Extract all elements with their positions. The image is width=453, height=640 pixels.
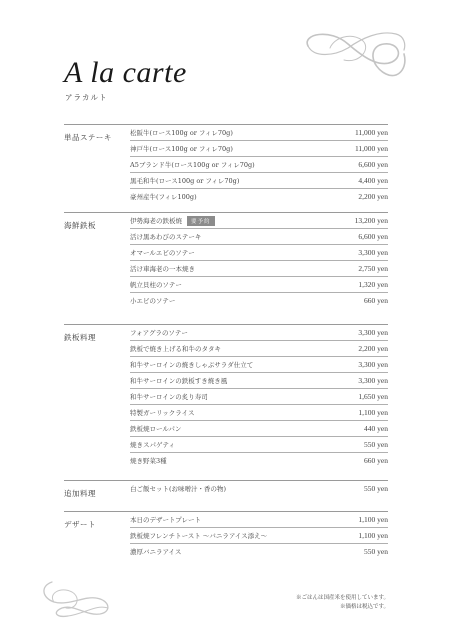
footnotes: ※ごはんは国産米を使用しています。 ※価格は税込です。 <box>296 594 389 612</box>
item-name: 和牛サーロインの焼きしゃぶサラダ仕立て <box>130 360 253 369</box>
page-title: A la carte <box>64 58 187 88</box>
menu-section-teppan: 鉄板料理 フォアグラのソテー3,300 yen 鉄板で焼き上げる和牛のタタキ2,… <box>64 324 388 468</box>
menu-item: フォアグラのソテー3,300 yen <box>130 325 388 341</box>
menu-item: 帆立貝柱のソテー1,320 yen <box>130 277 388 293</box>
menu-item: 本日のデザートプレート1,100 yen <box>130 512 388 528</box>
menu-item: 和牛サーロインの鉄板すき焼き風3,300 yen <box>130 373 388 389</box>
menu-section-steak: 単品ステーキ 松阪牛(ロース100g or フィレ70g)11,000 yen … <box>64 124 388 204</box>
item-name: 活け黒あわびのステーキ <box>130 232 201 241</box>
flourish-ornament-icon <box>300 24 410 84</box>
item-price: 11,000 yen <box>355 128 388 137</box>
menu-item: 濃厚バニラアイス550 yen <box>130 544 388 559</box>
flourish-ornament-icon <box>38 578 116 620</box>
item-name: 黒毛和牛(ロース100g or フィレ70g) <box>130 176 239 185</box>
menu-item: 小エビのソテー660 yen <box>130 293 388 308</box>
item-name: 和牛サーロインの炙り寿司 <box>130 392 208 401</box>
category-label: 海鮮鉄板 <box>64 213 130 308</box>
item-price: 2,750 yen <box>358 264 388 273</box>
menu-item: 活け黒あわびのステーキ6,600 yen <box>130 229 388 245</box>
item-name: 鉄板焼フレンチトースト ～バニラアイス添え～ <box>130 531 267 540</box>
item-name: 本日のデザートプレート <box>130 515 201 524</box>
menu-section-extra: 追加料理 白ご飯セット(お味噌汁・香の物)550 yen <box>64 480 388 499</box>
menu-item: 焼きスパゲティ550 yen <box>130 437 388 453</box>
menu-item: 活け車海老の一本焼き2,750 yen <box>130 261 388 277</box>
item-price: 550 yen <box>364 547 388 556</box>
item-name: オマールエビのソテー <box>130 248 195 257</box>
item-name: 神戸牛(ロース100g or フィレ70g) <box>130 144 233 153</box>
item-name: 松阪牛(ロース100g or フィレ70g) <box>130 128 233 137</box>
menu-item: オマールエビのソテー3,300 yen <box>130 245 388 261</box>
item-name: 焼き野菜3種 <box>130 456 167 465</box>
item-price: 4,400 yen <box>358 176 388 185</box>
category-label: 追加料理 <box>64 481 130 499</box>
item-name: 活け車海老の一本焼き <box>130 264 195 273</box>
item-name: 小エビのソテー <box>130 296 175 305</box>
item-price: 6,600 yen <box>358 160 388 169</box>
menu-item: 和牛サーロインの炙り寿司1,650 yen <box>130 389 388 405</box>
menu-item: A5ブランド牛(ロース100g or フィレ70g)6,600 yen <box>130 157 388 173</box>
item-price: 11,000 yen <box>355 144 388 153</box>
item-price: 660 yen <box>364 456 388 465</box>
page-subtitle: アラカルト <box>65 92 108 103</box>
menu-item: 鉄板焼ロールパン440 yen <box>130 421 388 437</box>
item-name: 濃厚バニラアイス <box>130 547 181 556</box>
menu-item: 伊勢海老の鉄板焼要予約13,200 yen <box>130 213 388 229</box>
item-price: 2,200 yen <box>358 192 388 201</box>
item-price: 3,300 yen <box>358 248 388 257</box>
item-price: 2,200 yen <box>358 344 388 353</box>
category-label: デザート <box>64 512 130 559</box>
item-name: 白ご飯セット(お味噌汁・香の物) <box>130 484 226 493</box>
item-price: 550 yen <box>364 484 388 493</box>
category-label: 鉄板料理 <box>64 325 130 468</box>
menu-item: 黒毛和牛(ロース100g or フィレ70g)4,400 yen <box>130 173 388 189</box>
item-name: 和牛サーロインの鉄板すき焼き風 <box>130 376 227 385</box>
item-name: 特製ガーリックライス <box>130 408 194 417</box>
category-label: 単品ステーキ <box>64 125 130 204</box>
item-name: 鉄板焼ロールパン <box>130 424 181 433</box>
item-price: 550 yen <box>364 440 388 449</box>
item-price: 660 yen <box>364 296 388 305</box>
item-name: 帆立貝柱のソテー <box>130 280 182 289</box>
menu-item: 和牛サーロインの焼きしゃぶサラダ仕立て3,300 yen <box>130 357 388 373</box>
item-price: 1,100 yen <box>358 531 388 540</box>
footnote-tax: ※価格は税込です。 <box>296 603 389 612</box>
menu-item: 鉄板焼フレンチトースト ～バニラアイス添え～1,100 yen <box>130 528 388 544</box>
menu-item: 鉄板で焼き上げる和牛のタタキ2,200 yen <box>130 341 388 357</box>
menu-item: 焼き野菜3種660 yen <box>130 453 388 468</box>
item-price: 6,600 yen <box>358 232 388 241</box>
menu-item: 特製ガーリックライス1,100 yen <box>130 405 388 421</box>
menu-item: 松阪牛(ロース100g or フィレ70g)11,000 yen <box>130 125 388 141</box>
menu-list: 単品ステーキ 松阪牛(ロース100g or フィレ70g)11,000 yen … <box>64 124 388 559</box>
menu-section-seafood: 海鮮鉄板 伊勢海老の鉄板焼要予約13,200 yen 活け黒あわびのステーキ6,… <box>64 212 388 308</box>
item-price: 3,300 yen <box>358 328 388 337</box>
item-price: 440 yen <box>364 424 388 433</box>
menu-section-dessert: デザート 本日のデザートプレート1,100 yen 鉄板焼フレンチトースト ～バ… <box>64 511 388 559</box>
footnote-rice: ※ごはんは国産米を使用しています。 <box>296 594 389 603</box>
menu-item: 神戸牛(ロース100g or フィレ70g)11,000 yen <box>130 141 388 157</box>
item-price: 3,300 yen <box>358 376 388 385</box>
item-name: 伊勢海老の鉄板焼 <box>130 217 182 225</box>
item-name: 鉄板で焼き上げる和牛のタタキ <box>130 344 221 353</box>
item-price: 1,100 yen <box>358 515 388 524</box>
item-name: A5ブランド牛(ロース100g or フィレ70g) <box>130 160 255 169</box>
menu-item: 豪州産牛(フィレ100g)2,200 yen <box>130 189 388 204</box>
item-name: 豪州産牛(フィレ100g) <box>130 192 197 201</box>
item-price: 1,650 yen <box>358 392 388 401</box>
item-price: 3,300 yen <box>358 360 388 369</box>
item-price: 1,100 yen <box>358 408 388 417</box>
reservation-badge: 要予約 <box>187 216 215 226</box>
item-price: 1,320 yen <box>358 280 388 289</box>
item-price: 13,200 yen <box>355 216 388 225</box>
item-name: 焼きスパゲティ <box>130 440 175 449</box>
item-name: フォアグラのソテー <box>130 328 188 337</box>
menu-item: 白ご飯セット(お味噌汁・香の物)550 yen <box>130 481 388 496</box>
